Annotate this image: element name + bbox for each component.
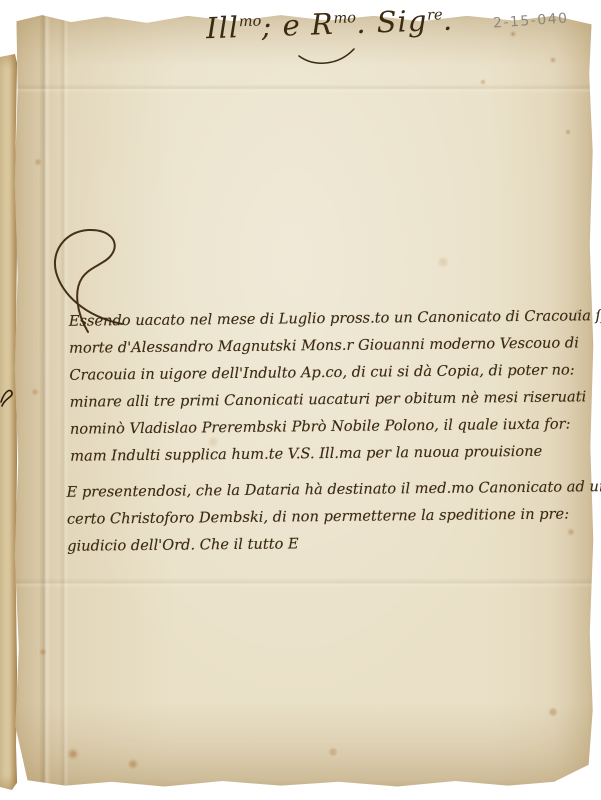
salutation-superscript: mo [239,14,262,31]
manuscript-line: giudicio dell'Ord. Che il tutto E [67,527,591,559]
body-paragraph-1: Essendo uacato nel mese di Luglio pross.… [69,302,591,469]
letter-body: Essendo uacato nel mese di Luglio pross.… [69,302,592,559]
ink-bleed-mark [0,382,14,408]
salutation: Illmo; e Rmo. Sigre. [206,6,454,44]
salutation-superscript: mo [333,10,356,27]
vertical-fold-crease [39,12,51,788]
horizontal-fold-crease [13,84,595,93]
horizontal-fold-crease [13,578,595,588]
body-paragraph-2: E presentendosi, che la Dataria hà desti… [66,473,591,559]
vertical-fold-crease [59,12,69,788]
scan-background: { "document_kind": "handwritten manuscri… [0,0,601,800]
manuscript-line: mam Indulti supplica hum.te V.S. Ill.ma … [70,437,590,469]
salutation-superscript: re [427,7,443,24]
salutation-part: . [442,3,453,37]
salutation-part: ; e R [261,7,334,43]
salutation-part: . Sig [356,4,428,40]
second-folio-edge [0,54,17,790]
salutation-flourish [296,46,358,70]
salutation-part: Ill [205,10,239,45]
manuscript-line: certo Christoforo Dembski, di non permet… [67,500,591,532]
